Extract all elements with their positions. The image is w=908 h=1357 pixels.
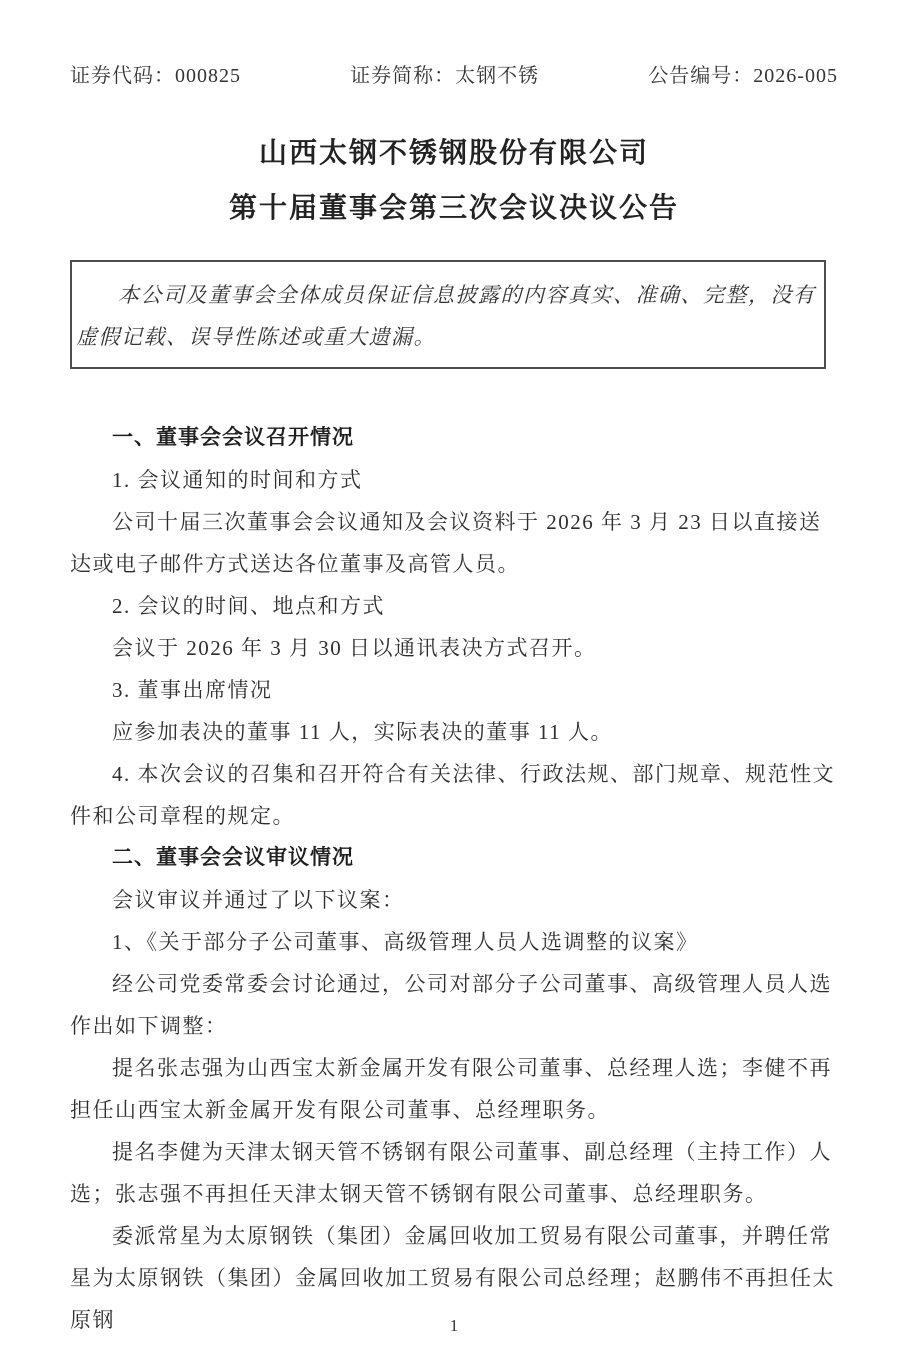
disclaimer-box: 本公司及董事会全体成员保证信息披露的内容真实、准确、完整，没有虚假记载、误导性陈…: [70, 260, 826, 369]
para-proposal-1-title: 1、《关于部分子公司董事、高级管理人员人选调整的议案》: [70, 921, 838, 963]
stock-code-label: 证券代码：000825: [70, 62, 241, 90]
document-title: 山西太钢不锈钢股份有限公司 第十届董事会第三次会议决议公告: [0, 126, 908, 236]
securities-info-row: 证券代码：000825 证券简称：太钢不锈 公告编号：2026-005: [70, 0, 838, 90]
para-notice-delivery: 公司十届三次董事会会议通知及会议资料于 2026 年 3 月 23 日以直接送达…: [70, 501, 838, 585]
para-li-jian-appointment: 提名李健为天津太钢天管不锈钢有限公司董事、副总经理（主持工作）人选；张志强不再担…: [70, 1131, 838, 1215]
item-notice-time-method: 1. 会议通知的时间和方式: [70, 459, 838, 501]
item-director-attendance: 3. 董事出席情况: [70, 669, 838, 711]
page-number: 1: [0, 1316, 908, 1336]
disclaimer-text: 本公司及董事会全体成员保证信息披露的内容真实、准确、完整，没有虚假记载、误导性陈…: [76, 274, 820, 358]
section-heading-meeting-convening: 一、董事会会议召开情况: [70, 417, 838, 459]
stock-abbr-label: 证券简称：太钢不锈: [350, 62, 539, 90]
section-heading-deliberation: 二、董事会会议审议情况: [70, 837, 838, 879]
announcement-title-line: 第十届董事会第三次会议决议公告: [0, 181, 908, 236]
announcement-no-label: 公告编号：2026-005: [648, 62, 838, 90]
para-resolutions-intro: 会议审议并通过了以下议案：: [70, 879, 838, 921]
announcement-document-page: 证券代码：000825 证券简称：太钢不锈 公告编号：2026-005 山西太钢…: [0, 0, 908, 1357]
para-meeting-held-by-correspondence: 会议于 2026 年 3 月 30 日以通讯表决方式召开。: [70, 627, 838, 669]
para-zhang-zhiqiang-appointment: 提名张志强为山西宝太新金属开发有限公司董事、总经理人选；李健不再担任山西宝太新金…: [70, 1047, 838, 1131]
para-adjustment-intro: 经公司党委常委会讨论通过，公司对部分子公司董事、高级管理人员人选作出如下调整：: [70, 963, 838, 1047]
para-legal-compliance: 4. 本次会议的召集和召开符合有关法律、行政法规、部门规章、规范性文件和公司章程…: [70, 753, 838, 837]
para-attendance-count: 应参加表决的董事 11 人，实际表决的董事 11 人。: [70, 711, 838, 753]
document-body: 一、董事会会议召开情况 1. 会议通知的时间和方式 公司十届三次董事会会议通知及…: [70, 417, 838, 1341]
company-name-title-line: 山西太钢不锈钢股份有限公司: [0, 126, 908, 181]
item-meeting-time-place-method: 2. 会议的时间、地点和方式: [70, 585, 838, 627]
